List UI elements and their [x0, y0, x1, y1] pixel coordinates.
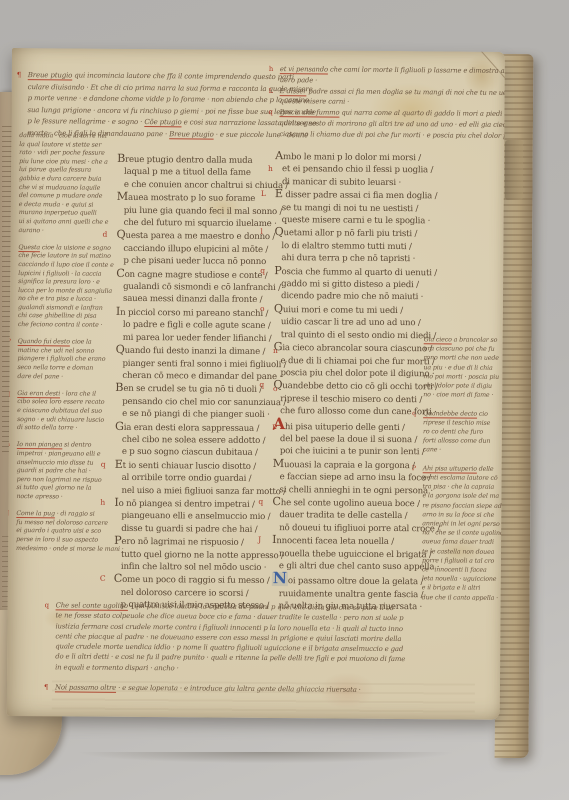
verse-line: Gia eran desti elora sappressaua /P [115, 420, 275, 435]
gloss-text: cibo solea loro essere recato [17, 398, 104, 406]
lemma: Breue ptugio [169, 130, 214, 138]
verse-line: JInnocenti facea leta nouella / [272, 534, 434, 549]
paraph-mark: ¶ [44, 683, 48, 693]
gloss-key-letter: q [101, 458, 106, 470]
verse-text: e gli altri due chel canto suso appella … [279, 561, 439, 572]
verse-line: Breue ptugio dentro dalla muda [117, 153, 277, 168]
verse-text: oi passamo oltre doue la gelata / [288, 577, 423, 588]
gloss-text: lupicini i figliuoli · la caccia [18, 270, 101, 278]
lemma: Io non piangea [17, 441, 63, 448]
verse-text: In picciol corso mi pareano stanchi / [116, 308, 268, 319]
verse-column-left: Breue ptugio dentro dalla muda laqual p … [114, 153, 278, 613]
verse-line: Gia cieco abrancolar soura ciascuno / [274, 341, 436, 356]
gloss-text: murano inperpetuo quelli [19, 209, 97, 217]
verse-line: Muouasi la capraia e la gorgona / [273, 458, 435, 473]
verse-text: Ben se crudel se tu gia nō ti duoli / [115, 384, 262, 395]
gloss-text: significa la presura loro · e [18, 278, 100, 286]
verse-text: piangeuano elli e anselmuccio mio / [121, 511, 270, 522]
verse-text: al orribile torre ondio guardai / [122, 473, 252, 484]
gloss-text: sogno · e udi chiauare luscio [17, 416, 104, 424]
gloss-text: che fecie lautore in sul matino [18, 252, 110, 260]
verse-line: Noi passamo oltre doue la gelata / [272, 572, 434, 589]
gloss-text [18, 330, 20, 337]
gloss-text: che vi si mudauano laquile [19, 184, 100, 192]
lemma: et vi pensando [280, 65, 328, 73]
verse-text: di manicar di subito leuarsi · [282, 177, 401, 188]
paraph-mark: q [45, 600, 49, 610]
gloss-text: p morte venne · e dandone chome vidde p … [28, 94, 309, 104]
gloss-text: la qual lautore vi stette ser [19, 141, 101, 149]
verse-text: Con cagne magre studiose e conte / [116, 269, 267, 280]
gloss-text: · qui punisce lautore la crudelta de pis… [128, 602, 394, 612]
gloss-text: lucca per lo monte di sangiulia [18, 287, 112, 295]
gloss-text: medesimo · onde si morse le mani · [16, 545, 124, 553]
verse-text: Gia eran desti elora sappressaua / [115, 422, 259, 433]
verse-text: tutto quel giorno ne la notte appresso / [121, 549, 284, 560]
gloss-text: queste misere carni · [280, 97, 350, 106]
verse-text: Quando fui desto inanzi la dimane / [116, 346, 266, 357]
verse-text: Mauea mostrato p lo suo forame [117, 193, 255, 204]
gloss-text: ui si quitano anni quelli che e [19, 218, 109, 226]
left-margin-gloss: dalla muda · cioe la torre nel la qual l… [16, 132, 115, 554]
gloss-text: cioe la [70, 339, 92, 346]
verse-line: Ambo le mani p lo dolor mi morsi / [275, 150, 437, 165]
verse-line: oQuiui mori e come tu mi uedi / [274, 303, 436, 318]
gloss-line: ciascuno li chiamo due di poi che fur mo… [279, 129, 505, 142]
paraph-mark: L [269, 86, 273, 97]
verse-text: ahi dura terra p che nō tapristi · [281, 253, 415, 264]
verse-line: qEt io senti chiauar luscio disotto / [115, 459, 275, 474]
lemma: Gia eran desti [17, 390, 60, 397]
gloss-text: · e segue loperata · e introduce giu lal… [116, 684, 361, 694]
gloss-key-letter: C [100, 573, 106, 585]
verse-text: lo di elaltro stemmo tutti muti / [281, 241, 411, 252]
gloss-text: fu messo nel doloroso carcere [16, 519, 108, 527]
red-initial: A [273, 418, 285, 432]
verse-line: Quando fui desto inanzi la dimane /n [116, 344, 276, 359]
gloss-text: chi case ghibelline di pisa [18, 313, 97, 321]
verse-line: In picciol corso mi pareano stanchi / [116, 306, 276, 321]
gloss-text: cio [477, 410, 488, 417]
gloss-text: matina che udi nel sonno [18, 347, 95, 355]
gloss-text: no che e tra pisa e lucca · [18, 295, 96, 303]
gloss-text: ciascuno li chiamo due di poi che fur mo… [279, 130, 505, 140]
gloss-text: e ciascuno dubitaua del suo [17, 407, 102, 415]
verse-text: laqual p me a tituol della fame [124, 167, 251, 178]
verse-text: hi pisa uituperio delle genti / [285, 422, 405, 433]
lemma: Noi passamo oltre [55, 684, 116, 692]
verse-line: CCome un poco di raggio si fu messo / [114, 573, 274, 588]
gloss-text: che feciono contra il conte · [18, 321, 103, 329]
verse-line: Pero nō lagrimai ne rispuosio / [114, 535, 274, 550]
verse-line: qQuandebbe detto cio cō gli occhi torti … [273, 379, 435, 394]
gloss-text: cacciando il lupo cioe il conte e [18, 261, 113, 269]
verse-text: Io nō piangea si dentro impetrai / [114, 499, 254, 510]
gloss-text: del comune p mudare onde [19, 192, 103, 200]
verse-text: tral quinto di el sesto ondio mi diedi / [281, 330, 436, 341]
verse-text: poi che iuicini a te punir son lenti / [280, 446, 425, 457]
verse-text: si chelli annieghi in te ogni persona · [280, 485, 433, 496]
gloss-text: uero pade · [280, 76, 317, 84]
gloss-text: lui parue quella fessura [19, 166, 91, 174]
gloss-text: · di raggio si [55, 510, 95, 517]
verse-line: hIo nō piangea si dentro impetrai / [114, 497, 274, 512]
verse-line: qPoscia che fummo al quarto di uenuti / [274, 265, 436, 280]
verse-text: cheran cō meco e dimandar del pane · [122, 371, 282, 382]
lemma: Come la pug [16, 510, 55, 517]
verse-text: Questa parea a me maestro e donno / [116, 231, 275, 242]
verse-text: e due di li chiamai poi che fur morti / [281, 356, 435, 367]
verse-text: pianger senti fral sonno i miei figliuol… [122, 358, 286, 369]
gloss-text: ei guardo i quatro uisi e sco [16, 527, 101, 535]
lemma: Questa [18, 244, 40, 251]
gloss-text: piangere i figliuoli che erano [18, 355, 106, 363]
verse-text: et ei pensando chio il fessi p uoglia / [282, 165, 433, 176]
gloss-text: in equali e tormento dispari · ancho · [55, 663, 179, 672]
gloss-text: anselmuccio mio disse tu [17, 459, 94, 467]
gloss-text: guardi si padre che hai · [17, 467, 91, 475]
gloss-key-letter: q [259, 379, 264, 391]
manuscript-page: ¶Breue ptugio qui incomincia lautore che… [7, 48, 505, 720]
gloss-key-letter: q [260, 265, 265, 277]
gloss-line: medesimo · onde si morse le mani · [16, 545, 112, 554]
gloss-text [55, 673, 57, 681]
verse-line: Ben se crudel se tu gia nō ti duoli /o [115, 382, 275, 397]
verse-text: Gia cieco abrancolar soura ciascuno / [274, 343, 433, 354]
verse-text: Quandebbe detto cio cō gli occhi torti / [273, 381, 438, 392]
verse-text: p che pisani ueder lucca nō ponno [123, 256, 266, 267]
gloss-text: si tutto quel giorno ne la [17, 484, 92, 492]
verse-line: Ahi pisa uituperio delle genti / [273, 418, 435, 435]
gloss-key-letter: h [100, 497, 105, 509]
verse-text: riprese il teschio misero co denti / [280, 394, 422, 405]
verse-text: e se nō piangi di che pianger suoli · [122, 409, 270, 420]
gloss-text [16, 502, 18, 509]
verse-text: e p suo sogno ciascun dubitaua / [122, 447, 258, 458]
gloss-text: padre assai ci fia men doglia se tu mang… [306, 87, 505, 97]
gloss-line [55, 672, 505, 686]
verse-text: Ambo le mani p lo dolor mi morsi / [275, 152, 421, 163]
gloss-text: · lora che il [60, 390, 96, 397]
fore-edge-shadow [505, 140, 523, 200]
book-shadow [30, 752, 500, 766]
gloss-text [17, 381, 19, 388]
verse-text: Et io senti chiauar luscio disotto / [115, 461, 256, 472]
top-gloss-left: ¶Breue ptugio qui incomincia lautore che… [27, 70, 276, 142]
verse-line: qChe sel conte ugolino aueua boce / [272, 496, 434, 511]
verse-text: Che sel conte ugolino aueua boce / [272, 498, 419, 509]
verse-text: che furo allosso come dun cane forti · [280, 406, 437, 417]
verse-line: Mauea mostrato p lo suo forame [117, 191, 277, 206]
blue-initial: N [272, 572, 288, 586]
verse-text: Quetami allor p nō farli piu tristi / [275, 229, 418, 240]
gloss-text: cioe la uisione e sogno [40, 244, 111, 252]
verse-text: cacciando illupo elupicini al mōte / [123, 244, 268, 255]
verse-text: gaddo mi si gitto disteso a piedi / [281, 279, 419, 290]
verse-text: dauer tradita te delle castella / [279, 510, 407, 521]
verse-text: pensando cio chel mio cor sanunziaua / [122, 397, 286, 408]
top-gloss-right: het vi pensando che cami lor morte li fi… [279, 64, 505, 142]
gloss-text: pero non lagrimai ne rispuo [17, 476, 102, 484]
verse-text: Innocenti facea leta nouella / [272, 536, 394, 547]
gloss-key-letter: l [261, 226, 263, 238]
verse-text: gualandi cō sismondi e cō lanfranchi / [123, 282, 281, 293]
gloss-key-letter: q [258, 496, 263, 508]
verse-line: lQuetami allor p nō farli piu tristi / [275, 227, 437, 242]
verse-text: Breue ptugio dentro dalla muda [117, 155, 252, 166]
verse-text: Pero nō lagrimai ne rispuosio / [114, 537, 244, 548]
gloss-key-letter: h [261, 163, 273, 175]
manuscript-photo: ¶Breue ptugio qui incomincia lautore che… [0, 0, 569, 800]
verse-text: infin che laltro sol nel mōdo uscio · [121, 562, 266, 573]
gloss-text [17, 433, 19, 440]
lemma: Poscia che fummo [279, 108, 339, 116]
gloss-text: qui incomincia lautore che ffa il conte … [72, 71, 294, 81]
verse-column-right: Ambo le mani p lo dolor mi morsi / het e… [272, 150, 438, 614]
verse-text: uidio cascar li tre ad uno ad uno / [281, 317, 421, 328]
gloss-text: piu lune cioe piu mesi · che a [19, 158, 108, 166]
verse-text: Come un poco di raggio si fu messo / [114, 575, 270, 586]
verse-line: LE disser padre assai ci fia men doglia … [275, 188, 437, 203]
gloss-key-letter: d [102, 229, 107, 241]
verse-text: se tu mangi di noi tu ne uestisti / [282, 203, 419, 214]
gloss-key-letter: L [261, 188, 266, 200]
bottom-commentary: qChe sel conte ugolino · qui punisce lau… [55, 600, 505, 696]
lemma: Che sel conte ugolino [56, 601, 128, 610]
gloss-text: p le fessure nellagrime · e sogno · [27, 117, 144, 126]
gloss-text: seco nella torre e doman [17, 364, 93, 372]
gloss-text: e decta muda · e quiui si [19, 201, 94, 209]
gloss-text: nocte apresso · [16, 493, 62, 500]
verse-text: Quiui mori e come tu mi uedi / [274, 305, 403, 316]
lemma: E disser [280, 87, 307, 95]
verse-text: poscia piu chel dolor pote il digiuno · [280, 368, 434, 379]
gloss-line: due che il canto appella · [422, 593, 505, 603]
verse-line: Con cagne magre studiose e conte / [116, 267, 276, 282]
verse-text: chel cibo ne solea essere addotto / [122, 435, 266, 446]
verse-text: sauea messi dinanzi dalla fronte / [123, 294, 262, 305]
lemma: Breue ptugio [28, 71, 73, 79]
verse-text: nouella thebe uguiccione el brigata / [279, 549, 432, 560]
verse-text: mi parea lor ueder fender lifianchi / [123, 333, 272, 344]
lemma: Quando fui desto [18, 338, 70, 345]
verse-text: Poscia che fummo al quarto di uenuti / [274, 267, 437, 278]
gloss-text: quinto e sesto di morirono gli altri tre… [279, 119, 505, 129]
gloss-text: si dentro [62, 442, 91, 449]
gloss-text: delle [477, 466, 494, 473]
verse-text: piu lune gia quando feci il mal sonno / [124, 206, 283, 217]
verse-text: nō doueui tu ifigliuoi porre atal croce … [279, 523, 440, 534]
gloss-text: dare del pane · [17, 373, 63, 380]
verse-text: dicendo padre mio che nō maiuti · [281, 292, 423, 303]
verse-text: ruuidamente unaltra gente fascia / [279, 589, 424, 600]
gloss-key-letter: J [258, 534, 261, 546]
gloss-text: qui narra come al quarto di gaddo li mor… [339, 109, 505, 119]
lemma: Cōe ptugio [144, 118, 181, 126]
gloss-key-letter: o [260, 303, 264, 315]
gloss-text: che cami lor morte li figliuoli p lassar… [328, 65, 505, 75]
verse-text: del bel paese la doue il si suona / [280, 434, 417, 445]
paraph-mark: ¶ [17, 70, 21, 82]
gloss-text: dalla muda · cioe la torre nel [19, 132, 107, 140]
gloss-text: gabbia e dura carcere buia [19, 175, 101, 183]
gloss-text: rato · vidi per poche fessure [19, 149, 105, 157]
verse-text: che del futuro mi squarcio iluelame · [124, 218, 277, 229]
verse-text: E disser padre assai ci fia men doglia / [275, 190, 438, 201]
verse-text: lo padre e figli e colle agute scane / [123, 320, 271, 331]
gloss-text: impetrai · piangeuano elli e [17, 450, 101, 458]
verse-line: dQuesta parea a me maestro e donno / [116, 229, 276, 244]
gloss-line: ¶Noi passamo oltre · e segue loperata · … [55, 683, 505, 697]
paraph-mark: h [269, 64, 273, 75]
verse-text: e faccian siepe ad arno insu la foce / [280, 472, 431, 483]
verse-text: queste misere carni e tu le spoglia · [282, 215, 431, 226]
gloss-text: a brancolar so [452, 336, 498, 343]
verse-text: Muouasi la capraia e la gorgona / [273, 460, 415, 471]
gloss-text: aurano · [19, 227, 44, 234]
paraph-mark: q [268, 107, 272, 118]
verse-text: disse tu guardi si padre che hai / [121, 524, 257, 535]
verse-text: nel doloroso carcere io scorsi / [121, 588, 249, 599]
gloss-text [18, 235, 20, 242]
gloss-text: di sotto della torre · [17, 424, 77, 431]
gloss-text: perse in loro il suo aspecto [16, 536, 98, 544]
gloss-text: gualandi sismondi e lanfran [18, 304, 103, 312]
